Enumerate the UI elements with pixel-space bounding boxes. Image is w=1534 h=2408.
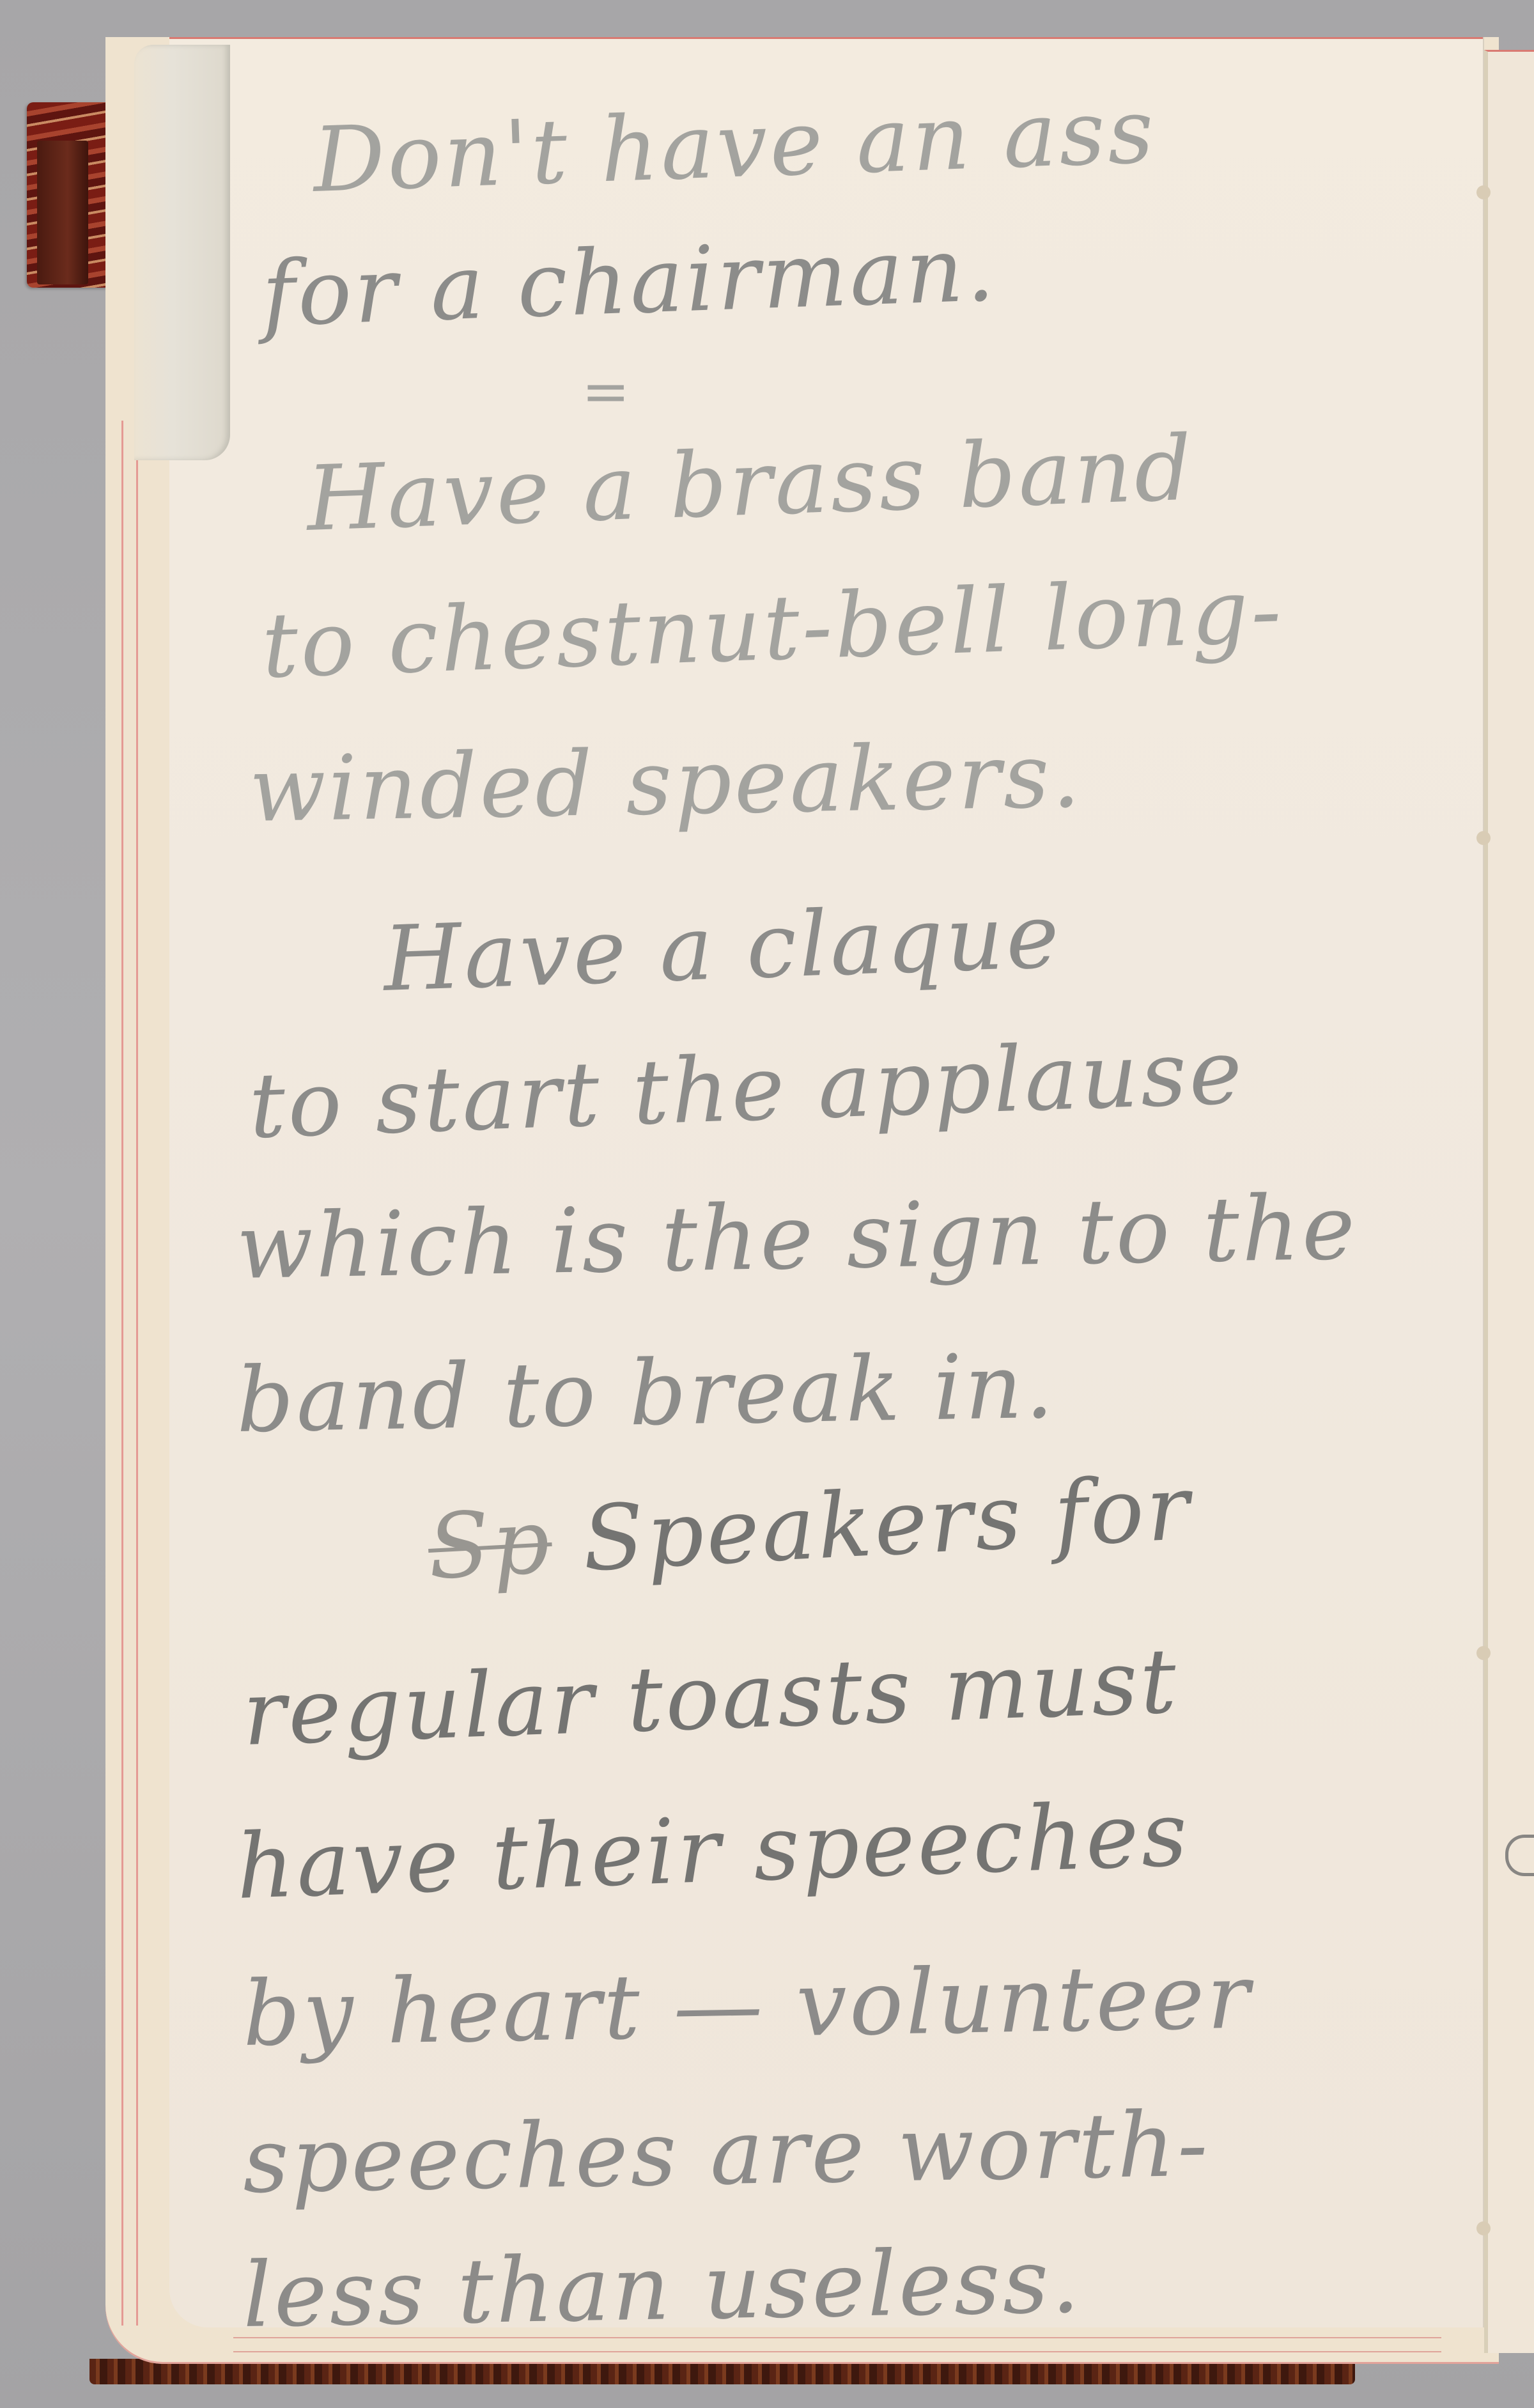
leather-spine-tab xyxy=(37,141,88,284)
separator-mark: = xyxy=(582,358,632,425)
handwritten-line: speeches are worth- xyxy=(242,2093,1211,2214)
handwritten-line: which is the sign to the xyxy=(236,1176,1359,1300)
page-notch xyxy=(1476,1646,1491,1660)
handwritten-line: band to break in. xyxy=(236,1335,1057,1453)
handwritten-line: by heart — volunteer xyxy=(242,1945,1253,2067)
page-notch xyxy=(1476,185,1491,199)
facing-page-edge xyxy=(1484,50,1534,2353)
handwritten-line: winded speakers. xyxy=(249,724,1084,843)
page-edge-line xyxy=(233,2351,1441,2352)
struck-out-text: Sp xyxy=(426,1489,555,1600)
page-notch xyxy=(1476,2221,1491,2235)
torn-page-stub xyxy=(134,45,230,460)
handwritten-line: less than useless. xyxy=(242,2229,1083,2348)
page-notch xyxy=(1476,831,1491,845)
